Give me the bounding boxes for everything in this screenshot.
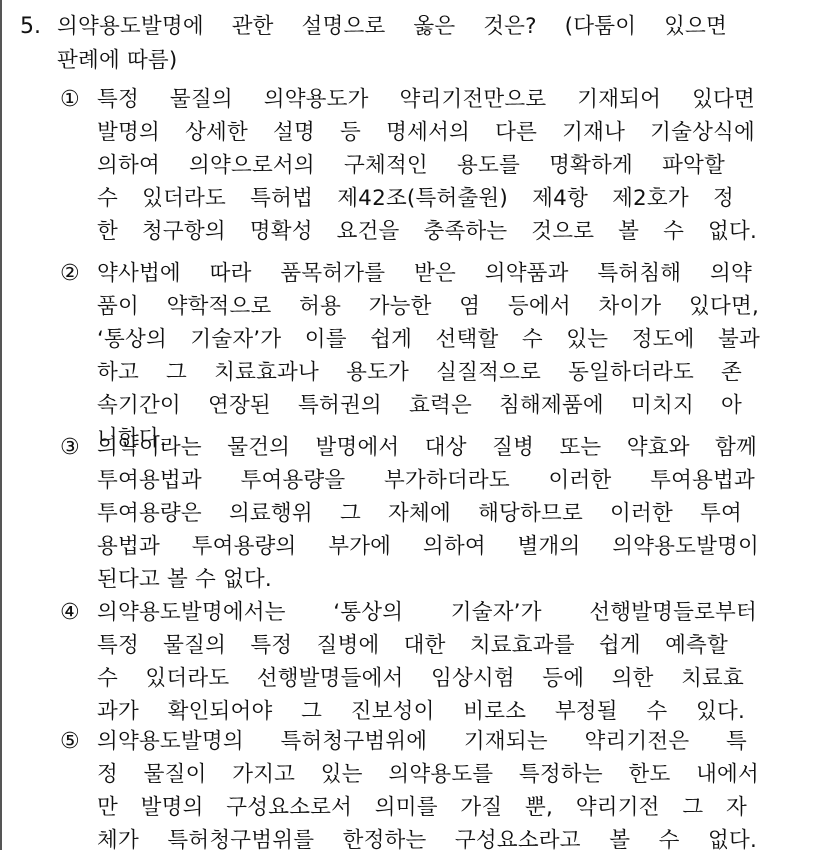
option-line: 의약이라는 물건의 발명에서 대상 질병 또는 약효와 함께 (97, 433, 757, 463)
option-line: ‘통상의 기술자’가 이를 쉽게 선택할 수 있는 정도에 불과 (97, 325, 760, 355)
option-line: 투여용법과 투여용량을 부가하더라도 이러한 투여용법과 (97, 466, 755, 496)
option-line: 투여용량은 의료행위 그 자체에 해당하므로 이러한 투여 (97, 499, 742, 529)
option-line: 특정 물질의 의약용도가 약리기전만으로 기재되어 있다면 (97, 85, 755, 115)
question-stem-line-2: 판례에 따름) (57, 46, 177, 76)
option-line: 용법과 투여용량의 부가에 의하여 별개의 의약용도발명이 (97, 532, 759, 562)
option-marker: ④ (60, 598, 80, 628)
option-marker: ② (60, 259, 80, 289)
option-line: 의약용도발명에서는 ‘통상의 기술자’가 선행발명들로부터 (97, 598, 757, 628)
option-line: 의하여 의약으로서의 구체적인 용도를 명확하게 파악할 (97, 151, 725, 181)
option-line: 수 있더라도 선행발명들에서 임상시험 등에 의한 치료효 (97, 664, 744, 694)
option-marker: ① (60, 85, 80, 115)
option-line: 된다고 볼 수 없다. (97, 565, 272, 595)
option-line: 의약용도발명의 특허청구범위에 기재되는 약리기전은 특 (97, 727, 747, 757)
question-number: 5. (20, 12, 41, 42)
option-line: 특정 물질의 특정 질병에 대한 치료효과를 쉽게 예측할 (97, 631, 728, 661)
option-line: 하고 그 치료효과나 용도가 실질적으로 동일하더라도 존 (97, 358, 742, 388)
option-line: 속기간이 연장된 특허권의 효력은 침해제품에 미치지 아 (97, 391, 742, 421)
option-line: 한 청구항의 명확성 요건을 충족하는 것으로 볼 수 없다. (97, 217, 757, 247)
option-line: 수 있더라도 특허법 제42조(특허출원) 제4항 제2호가 정 (97, 184, 734, 214)
option-marker: ⑤ (60, 727, 80, 757)
option-line: 체가 특허청구범위를 한정하는 구성요소라고 볼 수 없다. (97, 826, 757, 850)
option-line: 발명의 상세한 설명 등 명세서의 다른 기재나 기술상식에 (97, 118, 755, 148)
option-line: 약사법에 따라 품목허가를 받은 의약품과 특허침해 의약 (97, 259, 752, 289)
question-stem-line-1: 의약용도발명에 관한 설명으로 옳은 것은? (다툼이 있으면 (57, 12, 727, 42)
option-line: 정 물질이 가지고 있는 의약용도를 특정하는 한도 내에서 (97, 760, 759, 790)
option-line: 과가 확인되어야 그 진보성이 비로소 부정될 수 있다. (97, 697, 745, 727)
left-border-rule (0, 0, 2, 850)
option-line: 품이 약학적으로 허용 가능한 염 등에서 차이가 있다면, (97, 292, 759, 322)
option-marker: ③ (60, 433, 80, 463)
option-line: 만 발명의 구성요소로서 의미를 가질 뿐, 약리기전 그 자 (97, 793, 747, 823)
